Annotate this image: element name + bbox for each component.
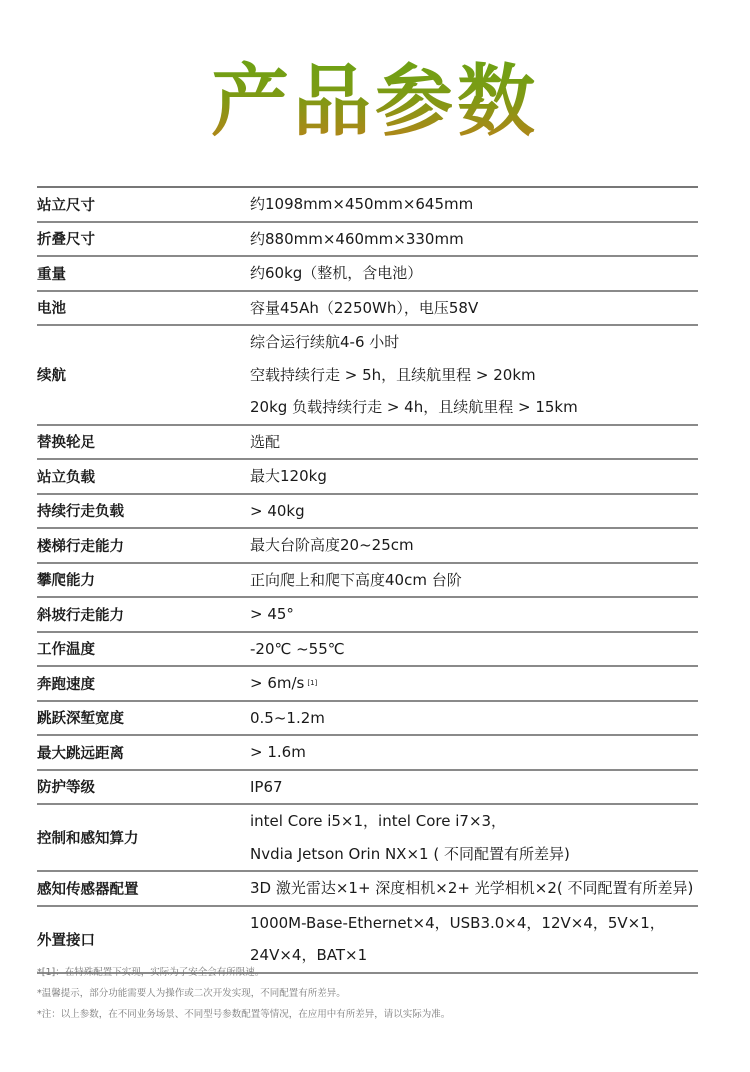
spec-value-text: intel Core i5×1，intel Core i7×3，: [250, 812, 506, 830]
spec-value-text: > 1.6m: [250, 743, 306, 761]
spec-row: 跳跃深堑宽度0.5~1.2m: [37, 702, 698, 737]
spec-label: 斜坡行走能力: [37, 604, 250, 625]
footnote-item: *[1]：在特殊配置下实现，实际为了安全会有所限速。: [37, 962, 698, 983]
spec-row: 最大跳远距离 > 1.6m: [37, 736, 698, 771]
spec-value-line: 约60kg（整机，含电池）: [250, 257, 698, 290]
spec-value-text: 正向爬上和爬下高度40cm 台阶: [250, 571, 462, 589]
spec-value-line: > 6m/s[1]: [250, 667, 698, 700]
spec-value: 约60kg（整机，含电池）: [250, 257, 698, 290]
spec-label: 替换轮足: [37, 431, 250, 452]
spec-value-text: 20kg 负载持续行走 > 4h，且续航里程 > 15km: [250, 398, 578, 416]
spec-value-line: 空载持续行走 > 5h，且续航里程 > 20km: [250, 359, 698, 392]
spec-value: 容量45Ah（2250Wh），电压58V: [250, 292, 698, 325]
spec-row: 持续行走负载 > 40kg: [37, 495, 698, 530]
spec-row: 替换轮足选配: [37, 426, 698, 461]
spec-value-text: > 40kg: [250, 502, 305, 520]
spec-value-line: IP67: [250, 771, 698, 804]
spec-row: 感知传感器配置3D 激光雷达×1+ 深度相机×2+ 光学相机×2( 不同配置有所…: [37, 872, 698, 907]
spec-row: 折叠尺寸约880mm×460mm×330mm: [37, 223, 698, 258]
spec-value-text: 0.5~1.2m: [250, 709, 325, 727]
spec-row: 奔跑速度 > 6m/s[1]: [37, 667, 698, 702]
spec-value: IP67: [250, 771, 698, 804]
spec-row: 防护等级IP67: [37, 771, 698, 806]
spec-value-line: 20kg 负载持续行走 > 4h，且续航里程 > 15km: [250, 391, 698, 424]
spec-label: 折叠尺寸: [37, 228, 250, 249]
spec-label: 攀爬能力: [37, 569, 250, 590]
spec-row: 斜坡行走能力 > 45°: [37, 598, 698, 633]
spec-value-text: 最大120kg: [250, 467, 327, 485]
spec-value: 最大台阶高度20~25cm: [250, 529, 698, 562]
spec-row: 攀爬能力正向爬上和爬下高度40cm 台阶: [37, 564, 698, 599]
spec-value: > 45°: [250, 598, 698, 631]
spec-value-text: 空载持续行走 > 5h，且续航里程 > 20km: [250, 366, 536, 384]
spec-value-line: -20℃ ~55℃: [250, 633, 698, 666]
spec-value-line: 最大120kg: [250, 460, 698, 493]
footnote-item: *注：以上参数，在不同业务场景、不同型号参数配置等情况，在应用中有所差异，请以实…: [37, 1004, 698, 1025]
spec-label: 控制和感知算力: [37, 827, 250, 848]
footnote-mark: [1]: [307, 679, 317, 687]
spec-value-line: 综合运行续航4-6 小时: [250, 326, 698, 359]
footnote-item: *温馨提示，部分功能需要人为操作或二次开发实现，不同配置有所差异。: [37, 983, 698, 1004]
spec-label: 站立负载: [37, 466, 250, 487]
spec-value: 正向爬上和爬下高度40cm 台阶: [250, 564, 698, 597]
spec-value-text: Nvdia Jetson Orin NX×1 ( 不同配置有所差异): [250, 845, 570, 863]
spec-value: 选配: [250, 426, 698, 459]
spec-value-text: 约1098mm×450mm×645mm: [250, 195, 473, 213]
spec-value: 0.5~1.2m: [250, 702, 698, 735]
spec-value: -20℃ ~55℃: [250, 633, 698, 666]
spec-value-line: 选配: [250, 426, 698, 459]
spec-row: 楼梯行走能力最大台阶高度20~25cm: [37, 529, 698, 564]
spec-value-line: 约1098mm×450mm×645mm: [250, 188, 698, 221]
spec-value-text: IP67: [250, 778, 283, 796]
spec-value-text: 约60kg（整机，含电池）: [250, 264, 422, 282]
spec-value: intel Core i5×1，intel Core i7×3，Nvdia Je…: [250, 805, 698, 870]
spec-label: 续航: [37, 364, 250, 385]
spec-value: 3D 激光雷达×1+ 深度相机×2+ 光学相机×2( 不同配置有所差异): [250, 872, 698, 905]
spec-row: 续航综合运行续航4-6 小时空载持续行走 > 5h，且续航里程 > 20km20…: [37, 326, 698, 426]
spec-label: 跳跃深堑宽度: [37, 707, 250, 728]
spec-value-text: > 45°: [250, 605, 294, 623]
spec-label: 楼梯行走能力: [37, 535, 250, 556]
spec-value-text: > 6m/s: [250, 674, 304, 692]
spec-value-line: intel Core i5×1，intel Core i7×3，: [250, 805, 698, 838]
spec-label: 工作温度: [37, 638, 250, 659]
spec-value-line: > 45°: [250, 598, 698, 631]
spec-value-text: 容量45Ah（2250Wh），电压58V: [250, 299, 478, 317]
spec-label: 最大跳远距离: [37, 742, 250, 763]
spec-value-line: 1000M-Base-Ethernet×4，USB3.0×4，12V×4，5V×…: [250, 907, 698, 940]
spec-value-line: 3D 激光雷达×1+ 深度相机×2+ 光学相机×2( 不同配置有所差异): [250, 872, 698, 905]
spec-value-line: > 40kg: [250, 495, 698, 528]
spec-value-text: 综合运行续航4-6 小时: [250, 333, 399, 351]
spec-label: 奔跑速度: [37, 673, 250, 694]
spec-value-text: 最大台阶高度20~25cm: [250, 536, 414, 554]
spec-row: 工作温度-20℃ ~55℃: [37, 633, 698, 668]
spec-value: 最大120kg: [250, 460, 698, 493]
spec-row: 电池容量45Ah（2250Wh），电压58V: [37, 292, 698, 327]
spec-label: 持续行走负载: [37, 500, 250, 521]
spec-value: 约1098mm×450mm×645mm: [250, 188, 698, 221]
footnotes: *[1]：在特殊配置下实现，实际为了安全会有所限速。*温馨提示，部分功能需要人为…: [37, 962, 698, 1025]
page-title: 产品参数: [0, 52, 750, 152]
spec-value: 约880mm×460mm×330mm: [250, 223, 698, 256]
spec-value-text: 约880mm×460mm×330mm: [250, 230, 464, 248]
spec-value: > 1.6m: [250, 736, 698, 769]
spec-value-line: 约880mm×460mm×330mm: [250, 223, 698, 256]
spec-label: 感知传感器配置: [37, 878, 250, 899]
spec-row: 站立尺寸约1098mm×450mm×645mm: [37, 188, 698, 223]
spec-label: 外置接口: [37, 929, 250, 950]
spec-row: 控制和感知算力intel Core i5×1，intel Core i7×3，N…: [37, 805, 698, 872]
spec-value-line: > 1.6m: [250, 736, 698, 769]
spec-value: > 40kg: [250, 495, 698, 528]
spec-value-line: 0.5~1.2m: [250, 702, 698, 735]
spec-value-line: 最大台阶高度20~25cm: [250, 529, 698, 562]
spec-value-line: 容量45Ah（2250Wh），电压58V: [250, 292, 698, 325]
spec-table: 站立尺寸约1098mm×450mm×645mm折叠尺寸约880mm×460mm×…: [37, 186, 698, 974]
spec-row: 重量约60kg（整机，含电池）: [37, 257, 698, 292]
spec-row: 站立负载最大120kg: [37, 460, 698, 495]
spec-value-line: 正向爬上和爬下高度40cm 台阶: [250, 564, 698, 597]
spec-value-text: -20℃ ~55℃: [250, 640, 345, 658]
spec-value-text: 3D 激光雷达×1+ 深度相机×2+ 光学相机×2( 不同配置有所差异): [250, 879, 693, 897]
spec-value-line: Nvdia Jetson Orin NX×1 ( 不同配置有所差异): [250, 838, 698, 871]
spec-label: 电池: [37, 297, 250, 318]
spec-label: 重量: [37, 263, 250, 284]
spec-value: > 6m/s[1]: [250, 667, 698, 700]
spec-value-text: 1000M-Base-Ethernet×4，USB3.0×4，12V×4，5V×…: [250, 914, 665, 932]
spec-label: 站立尺寸: [37, 194, 250, 215]
spec-label: 防护等级: [37, 776, 250, 797]
spec-value-text: 选配: [250, 433, 280, 451]
spec-value: 综合运行续航4-6 小时空载持续行走 > 5h，且续航里程 > 20km20kg…: [250, 326, 698, 424]
